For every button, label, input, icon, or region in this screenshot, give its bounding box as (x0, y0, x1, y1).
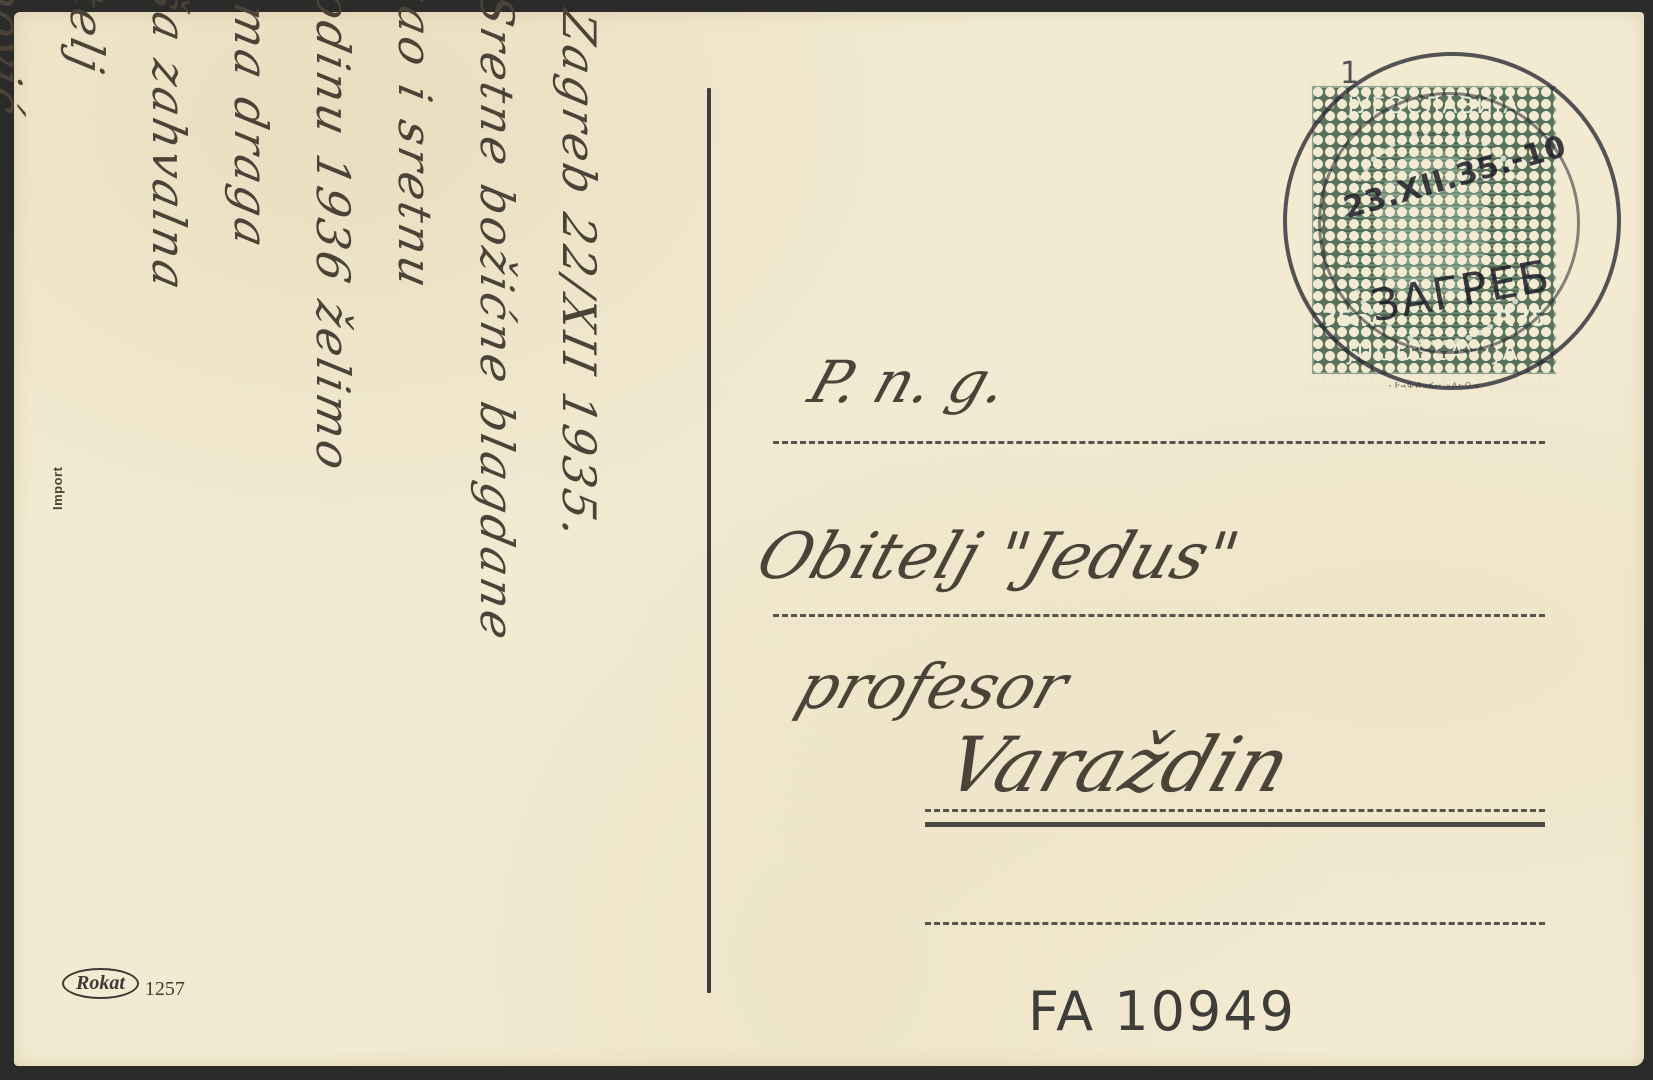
stamp-printer-imprint: ГРАФИЧКИ ЗАВОД (1306, 381, 1562, 390)
stamp-value-left: 75п. (1322, 307, 1376, 332)
message-line: Zagreb 22/XII 1935. (538, 3, 620, 980)
message-line: obitelj (46, 0, 128, 875)
address-line-2 (773, 614, 1545, 617)
message-line: godinu 1936 želimo (292, 0, 374, 928)
publisher-number: 1257 (145, 978, 185, 1001)
postage-stamp: ЈУГОСЛАВИЈА 75п. P.75 JUGOSLAVIJA ГРАФИЧ… (1306, 80, 1562, 392)
message-line: Vaša zahvalna (128, 0, 210, 893)
postmark-top-text: 1 (1340, 56, 1365, 91)
stamp-country-cyrillic: ЈУГОСЛАВИЈА (1314, 94, 1554, 119)
archive-number: FA 10949 (1028, 980, 1296, 1043)
message-line: Sretne božićne blagdane (456, 0, 538, 963)
publisher-mark: Rokat 1257 (62, 966, 185, 1001)
address-line-1 (773, 441, 1545, 444)
message-line: Vama draga (210, 0, 292, 910)
vertical-divider (707, 88, 711, 993)
publisher-logo: Rokat (62, 968, 139, 999)
address-city: Varaždin (936, 720, 1302, 809)
stamp-country-latin: JUGOSLAVIJA (1314, 341, 1554, 366)
address-line-4 (925, 922, 1545, 925)
stamp-design: ЈУГОСЛАВИЈА 75п. P.75 JUGOSLAVIJA (1312, 86, 1556, 374)
handwritten-message: Zagreb 22/XII 1935. Sretne božićne blagd… (0, 0, 620, 980)
address-underline (925, 822, 1545, 827)
address-title: profesor (788, 650, 1077, 723)
address-recipient: Obitelj "Jedus" (748, 520, 1248, 594)
message-line: Filipović (0, 0, 46, 858)
stamp-value-right: P.75 (1495, 307, 1546, 332)
address-line-3 (925, 809, 1545, 812)
address-salutation: P. n. g. (801, 348, 1017, 416)
message-line: kao i sretnu (374, 0, 456, 945)
